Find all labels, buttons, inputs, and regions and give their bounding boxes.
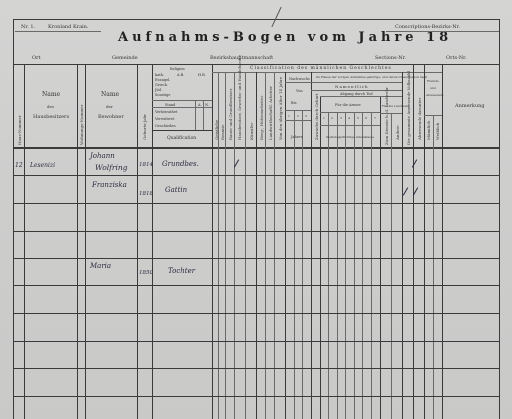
nachwuchs-rule xyxy=(285,82,311,83)
row-rule xyxy=(13,258,500,259)
nachwuchs-sub-3: 3 xyxy=(305,113,307,119)
jahren-rule xyxy=(285,120,311,121)
class-header-uebrige: Von den übrigen Alter 14 Jahre xyxy=(278,77,283,140)
col-line-1 xyxy=(24,64,25,419)
sub-col xyxy=(362,113,363,419)
class-header-landwirth: Landwirthschaftl. Arbeiter xyxy=(268,86,273,140)
row-1-haus-nr: 12 xyxy=(15,162,23,169)
row-rule xyxy=(13,285,500,286)
sub-col xyxy=(371,113,372,419)
religion-col-2: H.B. xyxy=(198,72,206,78)
class-header-bauer: Bauer und Grundbesitzer xyxy=(228,88,233,140)
sub-col xyxy=(433,115,434,419)
sub-col xyxy=(285,72,286,419)
sub-col xyxy=(234,72,235,419)
stellungs-rule xyxy=(320,125,380,126)
fremde-header-1: Fremde xyxy=(427,78,439,84)
row-2-bewohner: Franziska xyxy=(92,181,127,189)
fremde-maennlich: Männlich xyxy=(426,121,431,140)
fuer-sub-1: 1 xyxy=(323,115,325,121)
col-line-3 xyxy=(85,64,86,419)
sub-col xyxy=(225,72,226,419)
sub-col xyxy=(424,64,425,419)
orts-label: Orts-Nr. xyxy=(446,55,467,61)
fremde-rule xyxy=(424,115,442,116)
sub-col xyxy=(328,113,329,419)
gemeinde-label: Gemeinde xyxy=(112,55,138,61)
row-1-bewohner-2: Wolfring xyxy=(95,163,128,172)
frame-left xyxy=(13,19,14,419)
row-5-bewohner: Maria xyxy=(90,262,111,270)
jahren-label: Jahren xyxy=(291,134,303,140)
fuer-armee-rule xyxy=(320,112,380,113)
sub-col xyxy=(354,113,355,419)
col-line-anmerkung xyxy=(442,64,443,419)
frame-top xyxy=(13,19,500,20)
conscription-label: Conscriptions-Bezirks-Nr. xyxy=(395,24,460,30)
abwesende-header: Abwesende darunter xyxy=(417,98,422,140)
col-line-2 xyxy=(77,64,78,419)
stand-col-divider-1 xyxy=(195,100,196,130)
fremde-header-2: und xyxy=(430,85,436,91)
bewohner-header-1: Name xyxy=(101,92,119,98)
fuer-armee-header: Für die Armee xyxy=(335,102,361,108)
row-rule xyxy=(13,231,500,232)
sub-col xyxy=(413,64,414,419)
class-header-geistliche: Geistliche xyxy=(214,120,219,140)
row-2-tick-mark xyxy=(403,187,408,195)
col-line-4 xyxy=(137,64,138,419)
religion-row-5: Sonstige xyxy=(155,92,170,98)
bewohner-header-3: Bewohner xyxy=(98,114,124,120)
sub-col xyxy=(245,72,246,419)
fuer-sub-7: 7 xyxy=(374,115,376,121)
stand-header-rule xyxy=(152,107,212,108)
kronland-underline xyxy=(15,31,101,32)
sub-col xyxy=(337,113,338,419)
fuer-sub-6: 6 xyxy=(365,115,367,121)
ort-label: Ort xyxy=(32,55,41,61)
class-header-kuenstler: Künstler xyxy=(249,123,254,140)
sub-col xyxy=(345,113,346,419)
row-1-geburtsjahr: 1814 xyxy=(139,162,153,168)
bis-label: Bis xyxy=(291,100,297,106)
hausbesitzer-header-3: Hausbesitzers xyxy=(33,114,69,120)
sub-col xyxy=(256,72,257,419)
row-1-bewohner-1: Johann xyxy=(90,152,115,160)
zu-hause-rule xyxy=(311,82,402,83)
stand-row-2: Verwittwet xyxy=(155,116,174,122)
fuer-sub-3: 3 xyxy=(340,115,342,121)
sub-col xyxy=(311,72,312,419)
stand-col-divider-2 xyxy=(203,100,204,130)
sub-col xyxy=(391,113,392,419)
hausbesitzer-header-2: des xyxy=(47,104,54,110)
fuer-sub-4: 4 xyxy=(348,115,350,121)
stand-row-3: Geschieden xyxy=(155,123,176,129)
landwehr-sub-2: Andere xyxy=(395,125,400,140)
class-header-gewerbe: Hausbesitzer, Gewerbs- und Handelsleute xyxy=(237,55,242,140)
fremde-header-3: Abwesende xyxy=(426,92,443,98)
kronland-label: Kronland Krain. xyxy=(48,24,88,30)
row-1-qualification: Grundbes. xyxy=(162,160,199,168)
sub-col xyxy=(274,72,275,419)
stellungspflichtige-header: Stellungspflichtige Altersklasse xyxy=(326,134,374,140)
row-rule xyxy=(13,368,500,369)
qualification-top-rule xyxy=(152,130,212,131)
nachwuchs-sub-rule xyxy=(285,110,311,111)
form-number: Nr. 1. xyxy=(21,24,35,30)
census-form-page: Nr. 1. Kronland Krain. Aufnahms-Bogen vo… xyxy=(0,0,512,419)
row-2-geburtsjahr: 1818 xyxy=(139,191,153,197)
volkszahl-header: Die gesammte Anwesende Volkszahl xyxy=(406,71,411,145)
haus-nummer-header: Haus-Nummer xyxy=(17,115,22,145)
row-rule xyxy=(13,396,500,397)
form-title: Aufnahms-Bogen vom Jahre 18 xyxy=(118,30,452,45)
class-header-beamte: Beamte xyxy=(220,125,225,140)
bewohner-header-2: der xyxy=(106,104,113,110)
abgang-rule xyxy=(320,96,402,97)
row-rule xyxy=(13,341,500,342)
fuer-sub-5: 5 xyxy=(357,115,359,121)
col-line-5 xyxy=(152,64,153,419)
stand-row-1: Verheirathet xyxy=(155,109,177,115)
sections-label: Sections-Nr. xyxy=(375,55,406,61)
row-1-hausbesitzer: Lesenizi xyxy=(30,162,55,169)
geburtsjahr-header: Geburts-Jahr xyxy=(142,114,147,140)
conscription-underline xyxy=(386,31,500,32)
frame-right xyxy=(499,19,500,419)
col-line-6 xyxy=(212,64,213,419)
row-rule xyxy=(13,313,500,314)
von-label: Von xyxy=(296,88,303,94)
sub-col xyxy=(294,110,295,419)
sub-col xyxy=(265,72,266,419)
anmerkung-header: Anmerkung xyxy=(455,103,485,109)
wohnungs-nummer-header: Wohnungs-Nummer xyxy=(79,105,84,145)
hausbesitzer-header-1: Name xyxy=(42,92,60,98)
row-5-geburtsjahr: 1850 xyxy=(139,270,153,276)
qualification-header: Qualification xyxy=(167,136,196,142)
nachwuchs-sub-2: 2 xyxy=(297,113,299,119)
row-5-qualification: Tochter xyxy=(168,267,195,275)
fuer-sub-2: 2 xyxy=(331,115,333,121)
row-2-qualification: Gattin xyxy=(165,186,187,194)
class-header-berg: Berg-, Hüttenarbeiter xyxy=(259,96,264,140)
sub-col xyxy=(402,72,403,419)
zuwachs-header: Zuwachs durch Geburt xyxy=(314,93,319,140)
religion-col-1: A.B. xyxy=(177,72,184,78)
sub-col xyxy=(302,110,303,419)
nachwuchs-sub-1: 1 xyxy=(288,113,290,119)
row-rule xyxy=(13,203,500,204)
landwehr-sub-1: Zum Dienste b. d. Landwehr xyxy=(384,87,389,145)
row-rule xyxy=(13,175,500,176)
pencil-mark xyxy=(271,7,281,27)
fremde-weiblich: Weiblich xyxy=(435,123,440,140)
header-top-rule xyxy=(13,64,500,65)
